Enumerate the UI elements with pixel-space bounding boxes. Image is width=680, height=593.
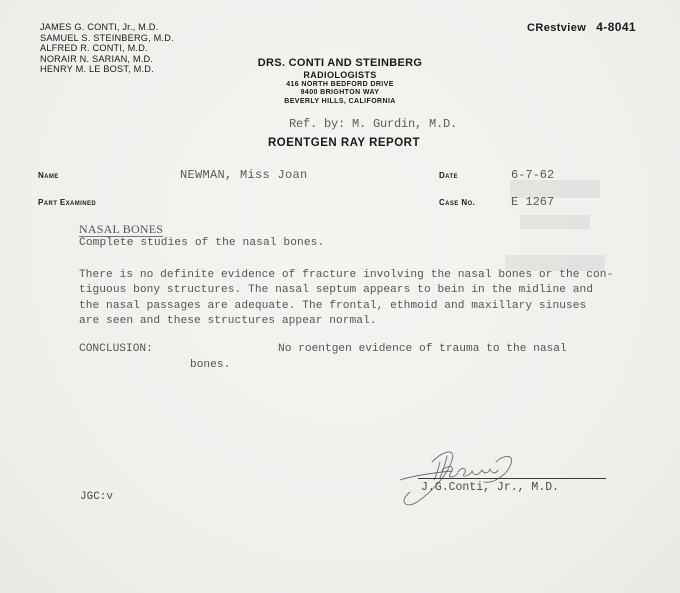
doctor-name: ALFRED R. CONTI, M.D.: [40, 43, 174, 54]
findings-line: tiguous bony structures. The nasal septu…: [79, 283, 609, 298]
doctor-name: JAMES G. CONTI, Jr., M.D.: [40, 22, 174, 33]
handwritten-signature: [392, 440, 542, 512]
date-label: Date: [439, 171, 458, 180]
specialty: RADIOLOGISTS: [230, 70, 450, 81]
address-line: 9400 BRIGHTON WAY: [230, 89, 450, 97]
signature-line: [418, 478, 606, 479]
patient-name: NEWMAN, Miss Joan: [180, 168, 308, 182]
doctors-list: JAMES G. CONTI, Jr., M.D. SAMUEL S. STEI…: [40, 22, 174, 75]
referral: Ref. by: M. Gurdin, M.D.: [289, 117, 457, 131]
findings-line: are seen and these structures appear nor…: [79, 314, 609, 329]
findings: There is no definite evidence of fractur…: [79, 268, 609, 329]
report-title: ROENTGEN RAY REPORT: [268, 137, 420, 149]
phone-exchange: CRestview: [527, 22, 586, 34]
firm-name: DRS. CONTI AND STEINBERG: [230, 57, 450, 70]
exam-subtitle: Complete studies of the nasal bones.: [79, 237, 324, 249]
findings-line: the nasal passages are adequate. The fro…: [79, 299, 609, 314]
conclusion-text-continued: bones.: [190, 359, 230, 371]
findings-line: There is no definite evidence of fractur…: [79, 268, 609, 283]
phone-digits: 4-8041: [596, 20, 636, 34]
typist-initials: JGC:v: [80, 491, 113, 503]
exam-title: NASAL BONES: [79, 223, 163, 237]
doctor-name: SAMUEL S. STEINBERG, M.D.: [40, 33, 174, 44]
signatory-name: J.G.Conti, Jr., M.D.: [421, 481, 559, 494]
conclusion-label: CONCLUSION:: [79, 343, 153, 355]
address-line: BEVERLY HILLS, CALIFORNIA: [230, 98, 450, 106]
report-page: JAMES G. CONTI, Jr., M.D. SAMUEL S. STEI…: [0, 0, 680, 593]
name-label: Name: [38, 171, 59, 180]
phone-number: CRestview4-8041: [527, 20, 636, 34]
address-line: 416 NORTH BEDFORD DRIVE: [230, 81, 450, 89]
letterhead: DRS. CONTI AND STEINBERG RADIOLOGISTS 41…: [230, 57, 450, 106]
part-examined-label: Part Examined: [38, 198, 96, 207]
doctor-name: NORAIR N. SARIAN, M.D.: [40, 54, 174, 65]
case-number-label: Case No.: [439, 198, 475, 207]
conclusion-text: No roentgen evidence of trauma to the na…: [278, 343, 567, 355]
doctor-name: HENRY M. LE BOST, M.D.: [40, 64, 174, 75]
